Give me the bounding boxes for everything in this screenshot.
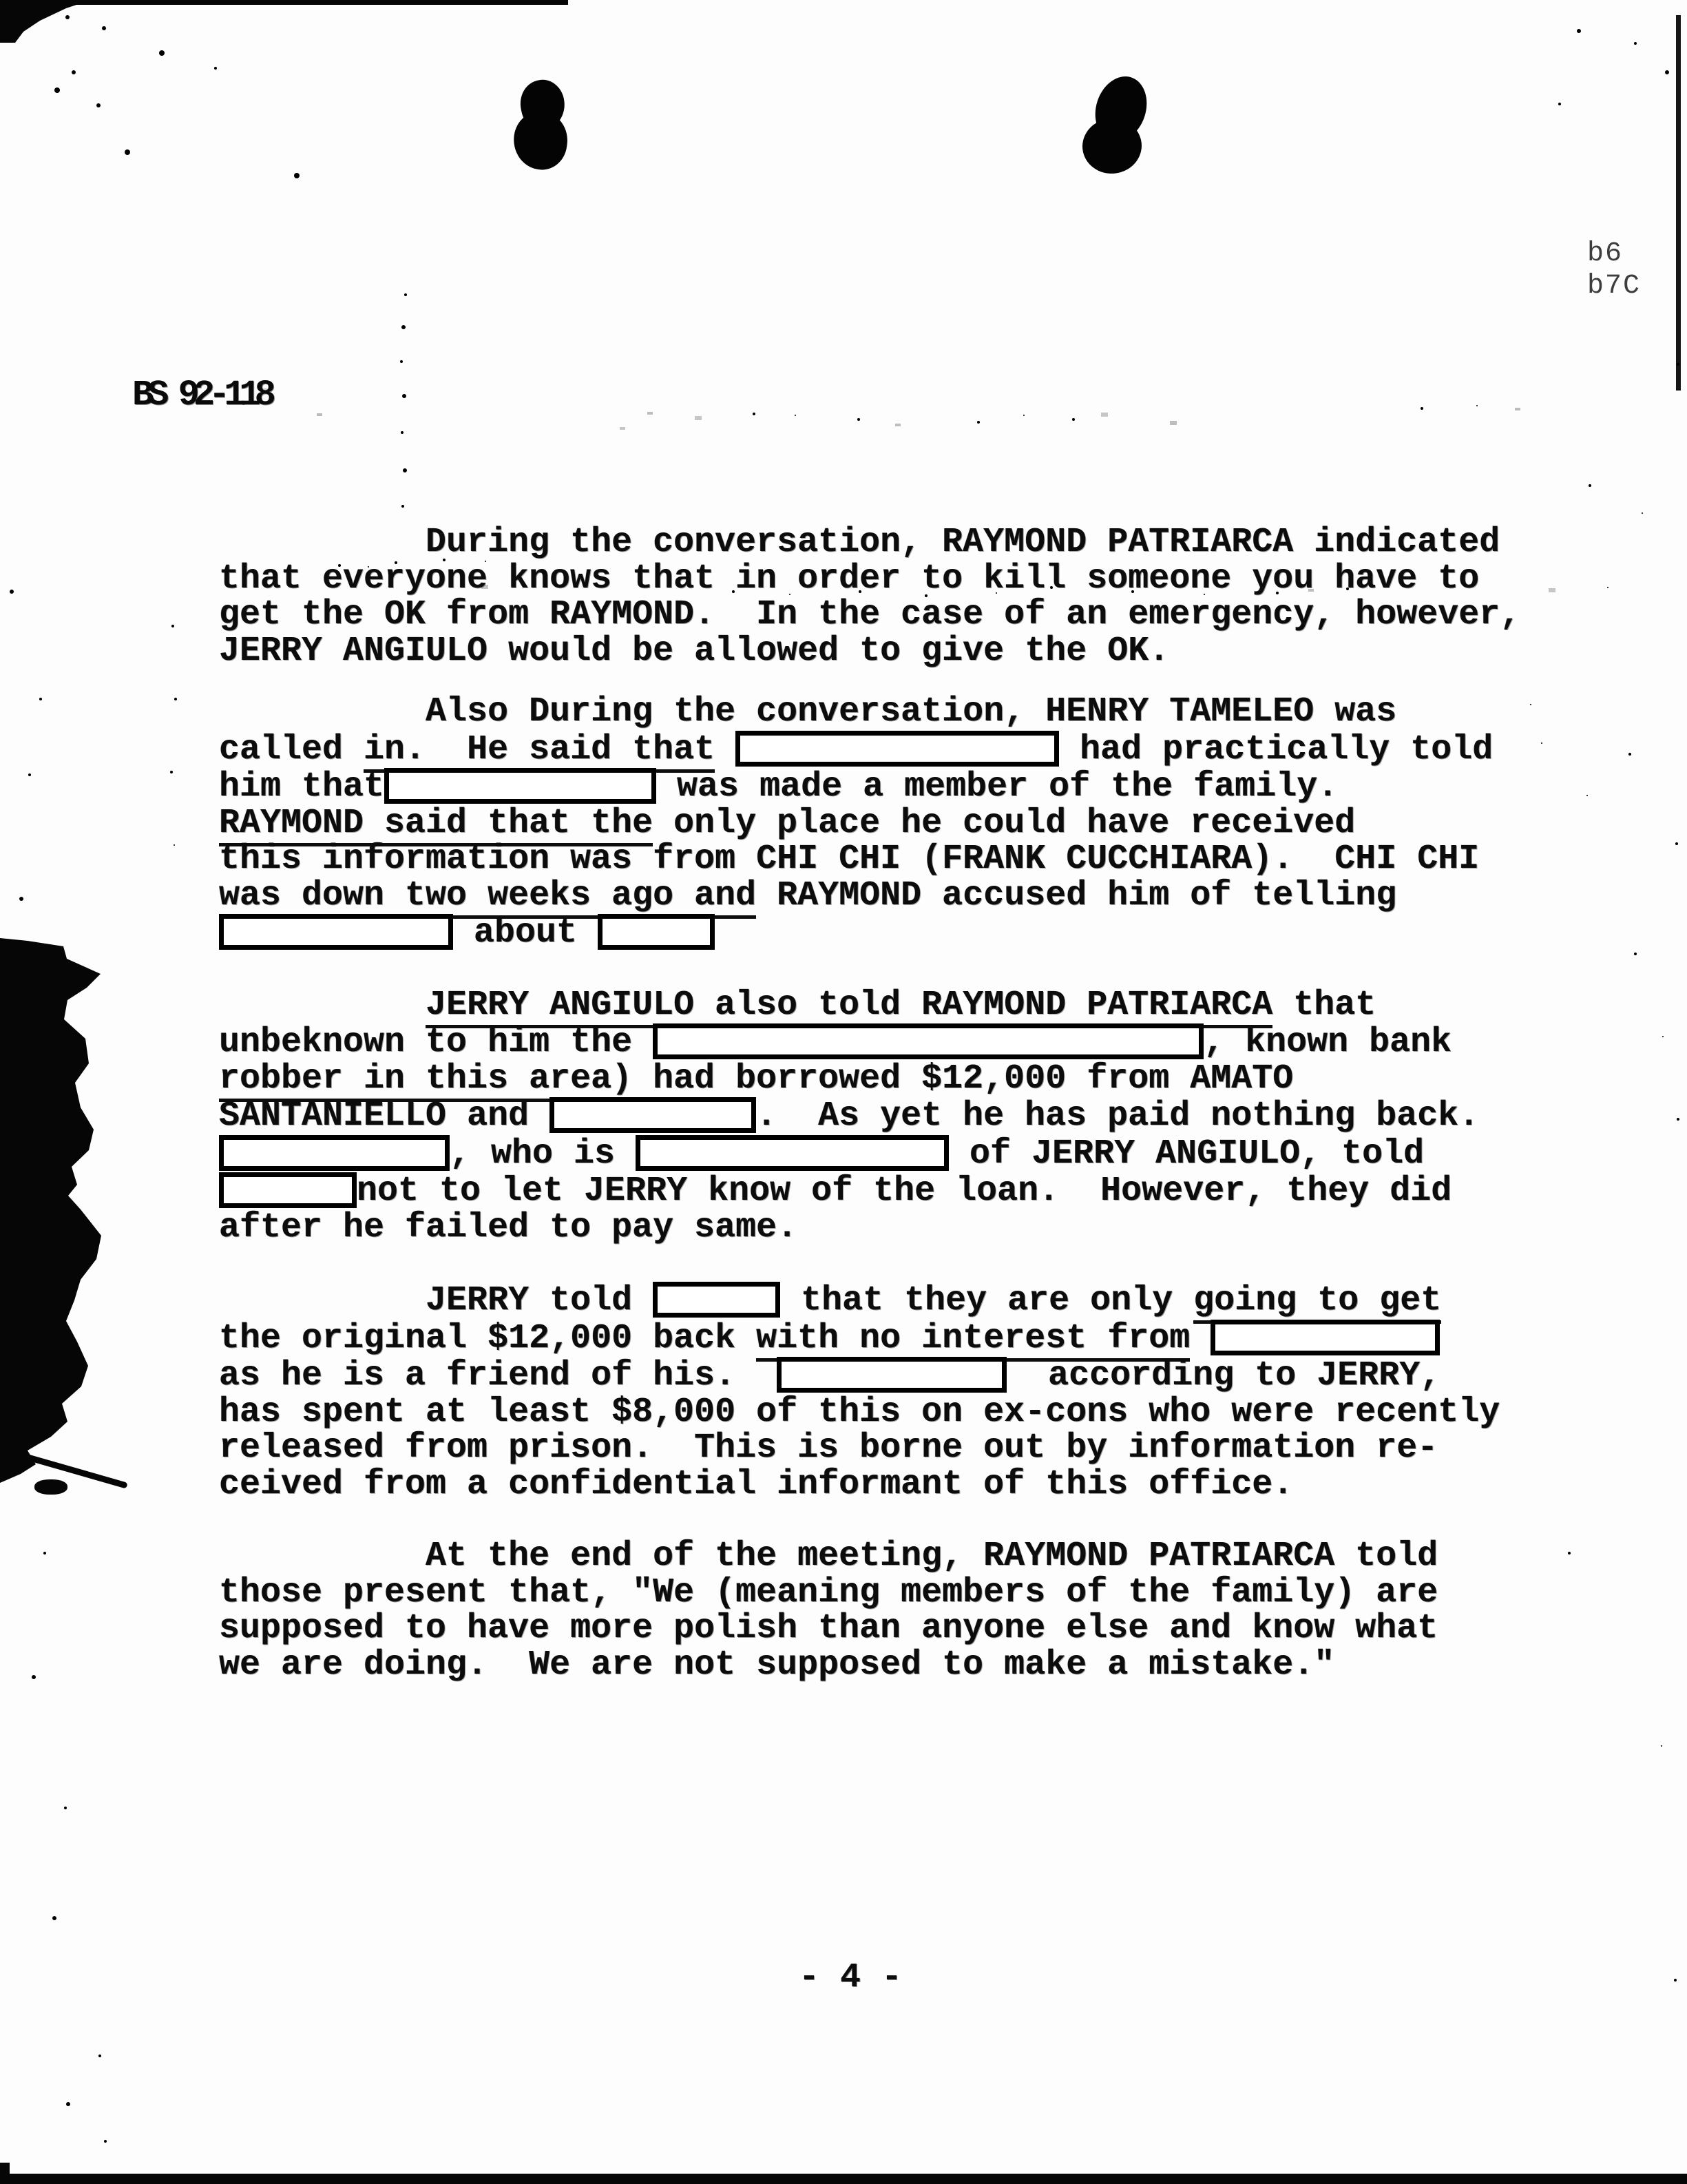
text-line: Also During the conversation, HENRY TAME… bbox=[219, 694, 1569, 731]
text-line: we are doing. We are not supposed to mak… bbox=[219, 1647, 1569, 1684]
text-segment: ) had borrowed $12,000 from AMATO bbox=[611, 1059, 1293, 1099]
text-segment: was made a member of the family. bbox=[656, 767, 1338, 807]
redaction-box bbox=[735, 731, 1059, 767]
page-number: - 4 - bbox=[799, 1960, 902, 1996]
scan-edge-artifact-bottom bbox=[8, 2174, 1687, 2184]
redaction-box bbox=[219, 1172, 357, 1208]
text-line: At the end of the meeting, RAYMOND PATRI… bbox=[219, 1539, 1569, 1575]
text-segment: Also During the bbox=[219, 692, 756, 731]
redaction-box bbox=[219, 914, 453, 950]
text-segment: we are doing. We are not supposed to mak… bbox=[219, 1645, 1334, 1685]
foia-exemption-codes: b6 b7C bbox=[1587, 238, 1641, 302]
exemption-b7c: b7C bbox=[1587, 270, 1641, 302]
text-segment: get the OK from RAYMOND. In the case of … bbox=[219, 595, 1520, 634]
scan-edge-artifact-bottom-left bbox=[0, 2163, 10, 2184]
text-line: JERRY told that they are only going to g… bbox=[219, 1282, 1569, 1320]
text-segment: JERRY told bbox=[219, 1281, 653, 1320]
text-line: was down two weeks ago and RAYMOND accus… bbox=[219, 878, 1569, 915]
redaction-box bbox=[1211, 1320, 1440, 1355]
redaction-box bbox=[384, 768, 656, 804]
text-line: released from prison. This is borne out … bbox=[219, 1431, 1569, 1467]
scan-noise-smudges bbox=[0, 0, 6, 3]
redaction-box bbox=[777, 1357, 1007, 1393]
text-segment: conversation, bbox=[756, 692, 1025, 735]
text-segment: about bbox=[453, 913, 598, 953]
text-line: During the conversation, RAYMOND PATRIAR… bbox=[219, 525, 1569, 561]
text-segment: supposed to have more polish than anyone… bbox=[219, 1609, 1438, 1648]
redaction-box bbox=[219, 1135, 450, 1171]
text-segment: those present that, "We (meaning members… bbox=[219, 1573, 1438, 1612]
paragraph: Also During the conversation, HENRY TAME… bbox=[219, 694, 1569, 952]
text-segment: that they are only bbox=[780, 1281, 1193, 1320]
scan-edge-artifact-right bbox=[1676, 15, 1681, 391]
text-segment: , who is bbox=[450, 1134, 636, 1174]
text-segment bbox=[715, 730, 735, 769]
text-segment: , known bank bbox=[1204, 1023, 1452, 1062]
text-line: as he is a friend of his. according to J… bbox=[219, 1357, 1569, 1395]
text-segment: after he failed to pay same. bbox=[219, 1208, 797, 1247]
paragraph: JERRY ANGIULO also told RAYMOND PATRIARC… bbox=[219, 988, 1569, 1247]
text-segment bbox=[219, 986, 426, 1025]
text-segment: that everyone knows that in order to kil… bbox=[219, 559, 1479, 599]
hole-punch-mark-left bbox=[510, 108, 572, 173]
text-segment: unbeknown to him the bbox=[219, 1023, 653, 1062]
text-segment: called bbox=[219, 730, 364, 769]
text-segment: SANTANIELLO bbox=[219, 1096, 446, 1139]
text-segment: ceived from a confidential informant of … bbox=[219, 1465, 1293, 1504]
text-segment: in. He said that bbox=[364, 730, 715, 773]
text-segment: as he is a friend of his. bbox=[219, 1356, 777, 1395]
text-line: RAYMOND said that the only place he coul… bbox=[219, 806, 1569, 842]
document-body: During the conversation, RAYMOND PATRIAR… bbox=[219, 525, 1569, 1683]
text-line: has spent at least $8,000 of this on ex-… bbox=[219, 1395, 1569, 1431]
redaction-box bbox=[636, 1135, 949, 1171]
scan-corner-artifact bbox=[0, 0, 96, 43]
text-line: ceived from a confidential informant of … bbox=[219, 1467, 1569, 1504]
text-segment: HENRY TAMELEO was bbox=[1025, 692, 1396, 731]
text-segment: going to get bbox=[1193, 1281, 1441, 1324]
text-line: supposed to have more polish than anyone… bbox=[219, 1611, 1569, 1647]
text-segment: not to let JERRY know of the loan. Howev… bbox=[357, 1172, 1452, 1211]
text-line: SANTANIELLO and . As yet he has paid not… bbox=[219, 1097, 1569, 1135]
text-line: robber in this area) had borrowed $12,00… bbox=[219, 1061, 1569, 1098]
exemption-b6: b6 bbox=[1587, 238, 1641, 270]
document-page: b6 b7C BS 92-118 During the conversation… bbox=[0, 0, 1687, 2184]
text-line: JERRY ANGIULO would be allowed to give t… bbox=[219, 634, 1569, 670]
text-segment: During the conversation, RAYMOND PATRIAR… bbox=[219, 523, 1500, 562]
text-line: get the OK from RAYMOND. In the case of … bbox=[219, 597, 1569, 634]
file-number: BS 92-118 bbox=[132, 377, 270, 413]
text-line: about bbox=[219, 914, 1569, 952]
text-segment: with no interest from bbox=[756, 1319, 1190, 1362]
text-segment: that bbox=[1272, 986, 1376, 1025]
ink-blob-left-margin bbox=[0, 935, 103, 1483]
text-segment: robber in this area bbox=[219, 1059, 611, 1102]
redaction-box bbox=[653, 1023, 1204, 1059]
text-segment: At the end of the meeting, RAYMOND PATRI… bbox=[219, 1537, 1438, 1576]
text-segment: has spent at least $8,000 of this on ex-… bbox=[219, 1393, 1500, 1432]
text-segment: released from prison. This is borne out … bbox=[219, 1428, 1438, 1468]
text-segment: him that bbox=[219, 767, 384, 807]
text-line: him that was made a member of the family… bbox=[219, 768, 1569, 806]
text-line: the original $12,000 back with no intere… bbox=[219, 1320, 1569, 1358]
text-line: this information was from CHI CHI (FRANK… bbox=[219, 842, 1569, 878]
paragraph: JERRY told that they are only going to g… bbox=[219, 1282, 1569, 1503]
paragraph: During the conversation, RAYMOND PATRIAR… bbox=[219, 525, 1569, 669]
redaction-box bbox=[549, 1097, 756, 1133]
redaction-box bbox=[653, 1282, 780, 1318]
redaction-box bbox=[598, 914, 715, 950]
text-line: those present that, "We (meaning members… bbox=[219, 1575, 1569, 1612]
text-segment bbox=[1190, 1319, 1211, 1358]
text-segment: JERRY ANGIULO would be allowed to give t… bbox=[219, 632, 1169, 671]
text-line: not to let JERRY know of the loan. Howev… bbox=[219, 1172, 1569, 1210]
text-segment: and bbox=[446, 1096, 549, 1136]
text-segment: this information was from CHI CHI (FRANK… bbox=[219, 840, 1479, 879]
text-segment: JERRY ANGIULO also told RAYMOND PATRIARC… bbox=[426, 986, 1272, 1028]
text-segment: had practically told bbox=[1059, 730, 1493, 769]
text-segment: . As yet he has paid nothing back. bbox=[756, 1096, 1479, 1136]
text-line: after he failed to pay same. bbox=[219, 1210, 1569, 1247]
text-line: that everyone knows that in order to kil… bbox=[219, 561, 1569, 598]
text-segment: was down two weeks ago and bbox=[219, 876, 756, 919]
text-line: unbeknown to him the , known bank bbox=[219, 1023, 1569, 1061]
text-line: called in. He said that had practically … bbox=[219, 731, 1569, 769]
paragraph: At the end of the meeting, RAYMOND PATRI… bbox=[219, 1539, 1569, 1683]
text-line: , who is of JERRY ANGIULO, told bbox=[219, 1135, 1569, 1173]
scan-edge-artifact-top bbox=[76, 0, 568, 5]
text-segment: only place he could have received bbox=[653, 804, 1355, 843]
ink-blob-tail-2 bbox=[34, 1479, 67, 1495]
text-segment: the original $12,000 back bbox=[219, 1319, 756, 1358]
text-segment: according to JERRY, bbox=[1007, 1356, 1440, 1395]
text-segment: RAYMOND accused him of telling bbox=[756, 876, 1396, 915]
text-line: JERRY ANGIULO also told RAYMOND PATRIARC… bbox=[219, 988, 1569, 1024]
text-segment: of JERRY ANGIULO, told bbox=[949, 1134, 1424, 1174]
